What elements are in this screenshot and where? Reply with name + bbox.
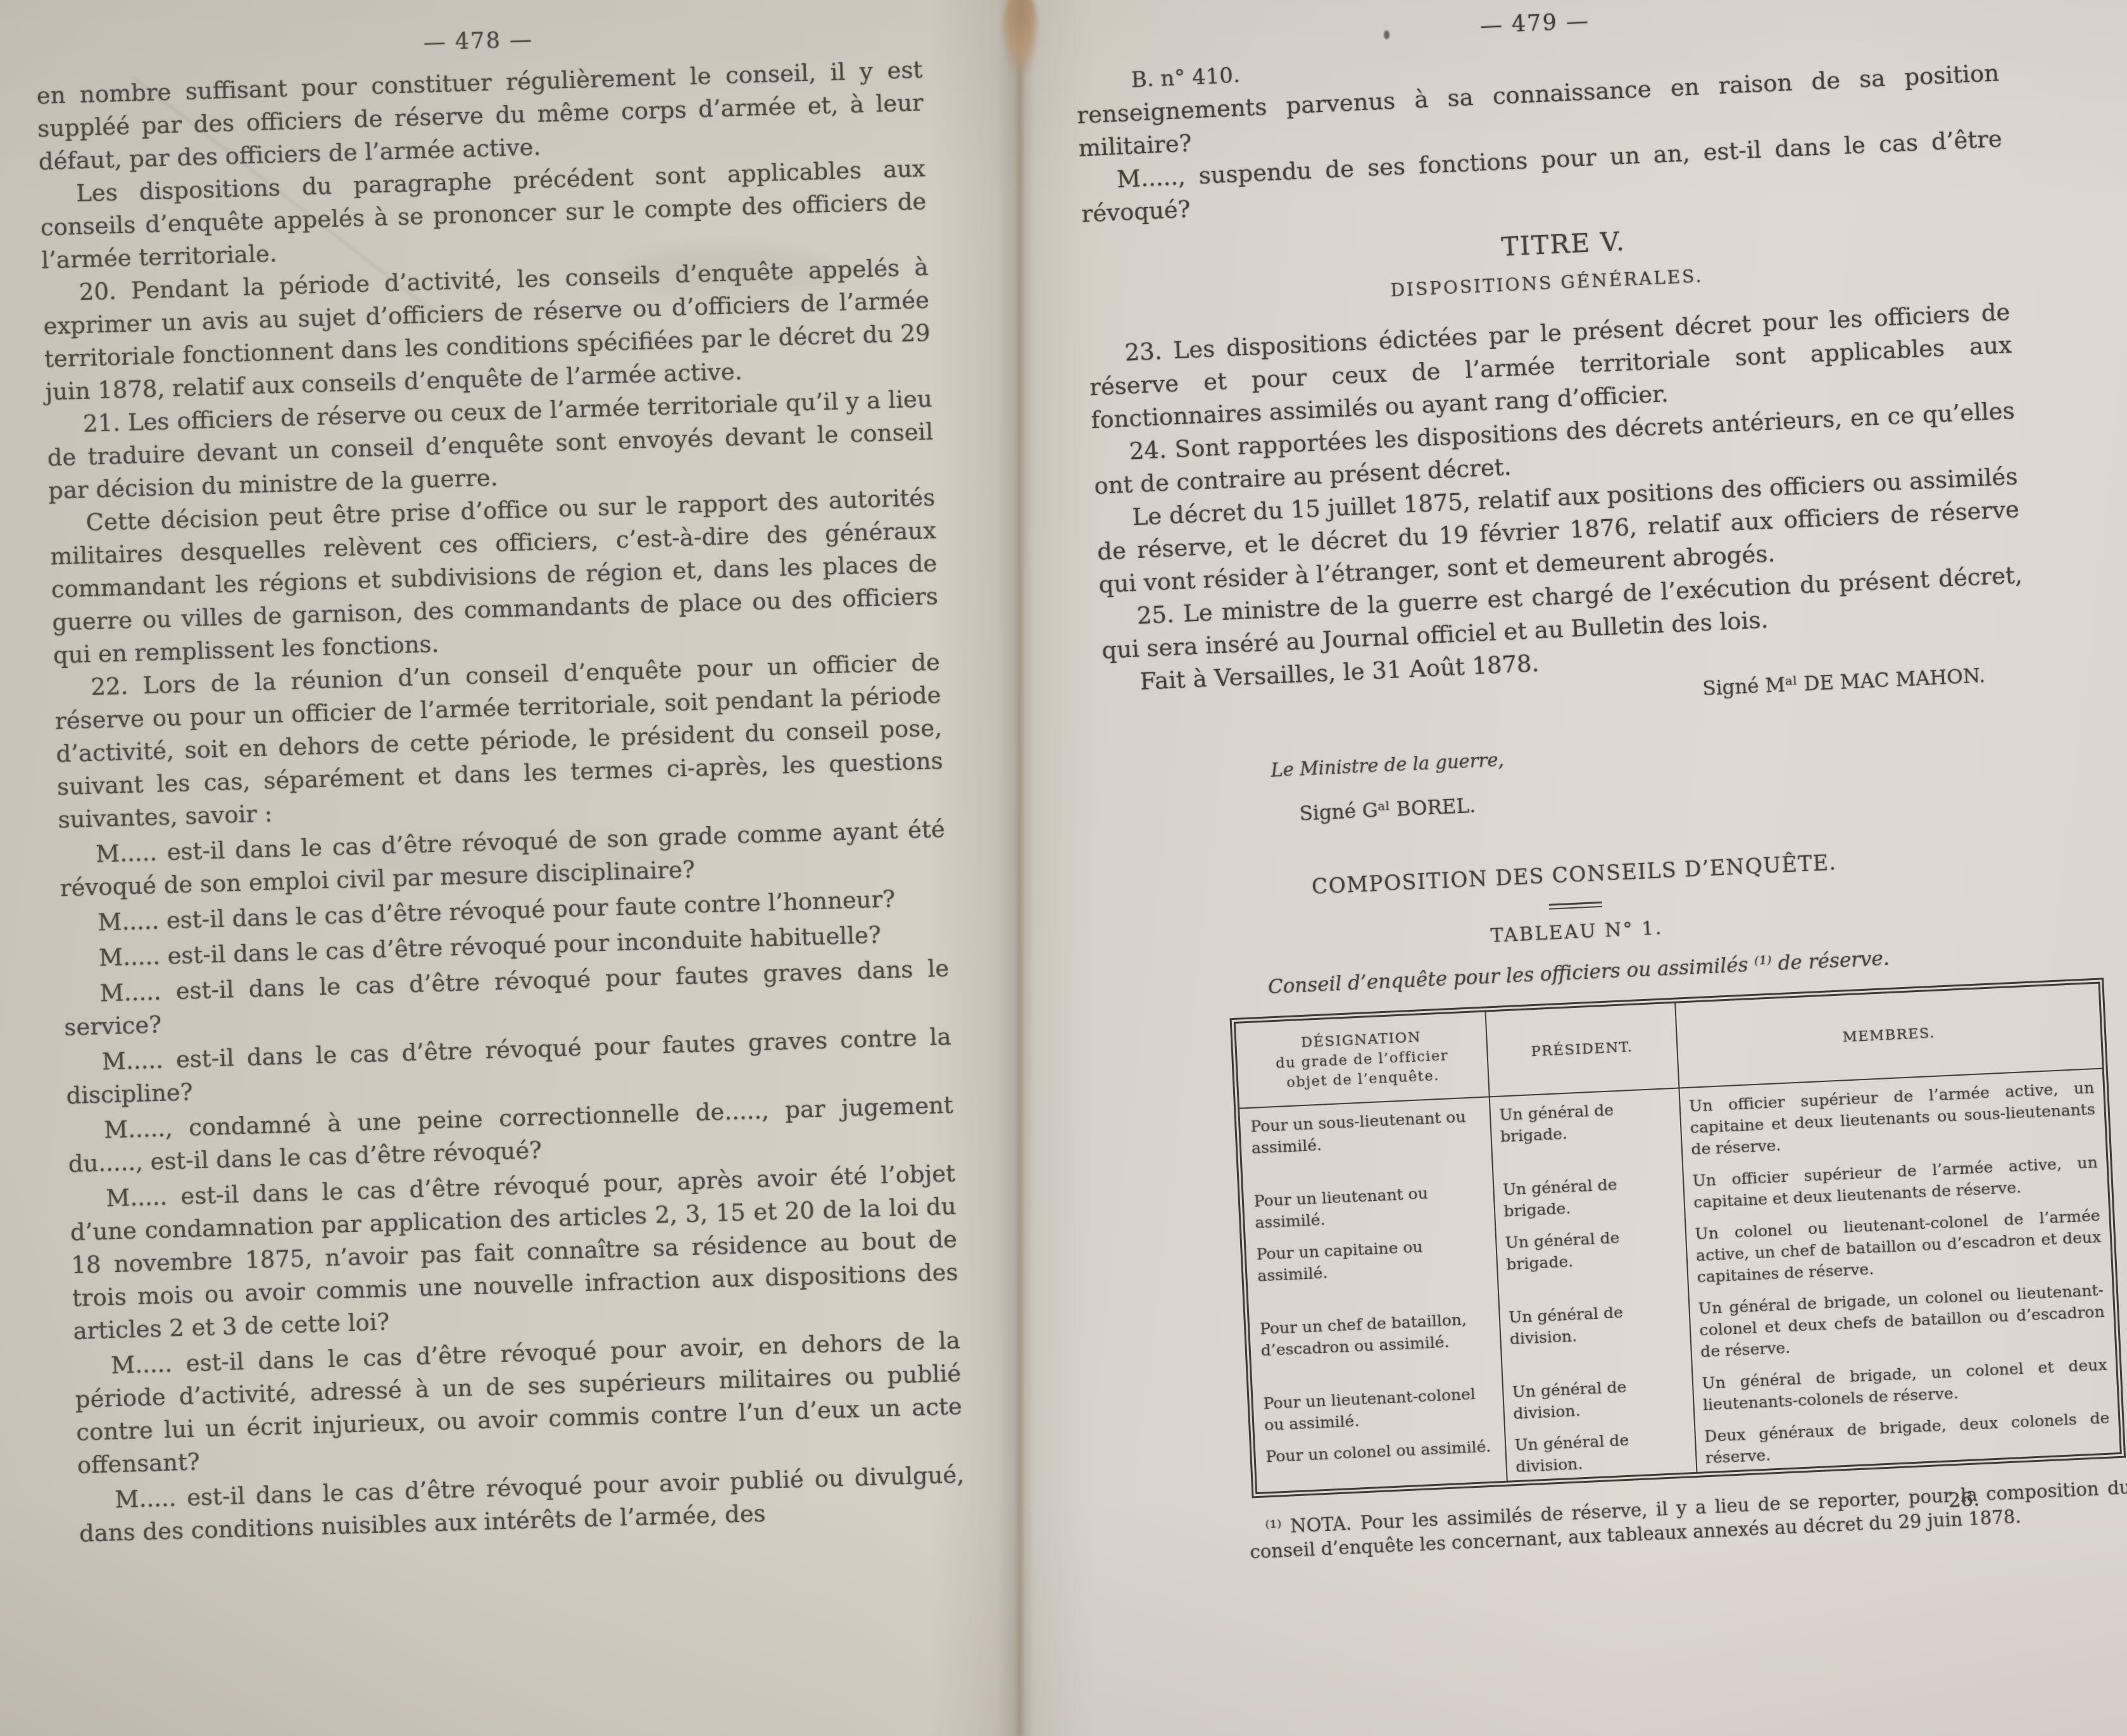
cell-president: Un général de division. — [1503, 1366, 1695, 1428]
divider-rule — [1549, 902, 1602, 910]
enquiry-table-wrapper: DÉSIGNATION du grade de l’officier objet… — [1230, 978, 2126, 1498]
paragraph: 22. Lors de la réunion d’un conseil d’en… — [54, 646, 944, 836]
question-paragraph: M..... est-il dans le cas d’être révoqué… — [74, 1324, 964, 1482]
paragraph: Cette décision peut être prise d’office … — [49, 481, 939, 672]
right-page: — 479 — B. n° 410. renseignements parven… — [1073, 0, 2066, 1569]
cell-president: Un général de brigade. — [1493, 1163, 1686, 1225]
enquiry-composition-table: DÉSIGNATION du grade de l’officier objet… — [1230, 978, 2126, 1498]
folio-number: 26. — [1931, 1487, 1980, 1513]
spine-crease — [1018, 0, 1022, 1736]
book-photo: { "colors": { "paper_light": "#ded9d1", … — [0, 0, 2127, 1736]
left-page: — 478 — en nombre suffisant pour constit… — [35, 11, 965, 1550]
column-header-designation: DÉSIGNATION du grade de l’officier objet… — [1236, 1012, 1490, 1109]
paragraph: 20. Pendant la période d’activité, les c… — [42, 251, 932, 408]
column-header-president: PRÉSIDENT. — [1486, 1003, 1679, 1098]
cell-grade: Pour un sous-lieutenant ou assimilé. — [1239, 1097, 1493, 1183]
cell-president: Un général de division. — [1505, 1419, 1697, 1481]
question-paragraph: M..... est-il dans le cas d’être révoqué… — [69, 1157, 960, 1348]
cell-president: Un général de division. — [1499, 1291, 1692, 1374]
cell-grade: Pour un capitaine ou assimilé. — [1246, 1225, 1500, 1311]
cell-president: Un général de brigade. — [1490, 1088, 1683, 1172]
cell-grade: Pour un chef de bataillon, d’escadron ou… — [1249, 1300, 1503, 1386]
cell-president: Un général de brigade. — [1496, 1216, 1689, 1300]
cell-grade: Pour un colonel ou assimilé. — [1255, 1428, 1507, 1492]
